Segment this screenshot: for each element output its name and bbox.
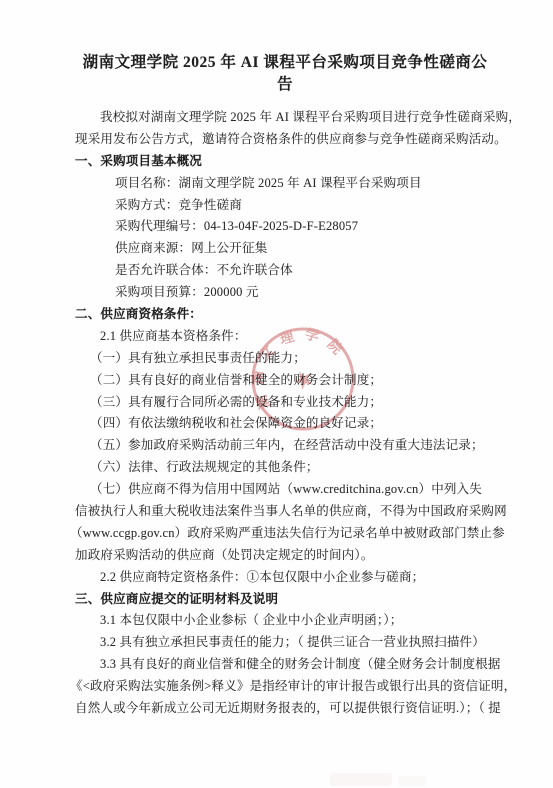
document-body: 湖南文理学院 2025 年 AI 课程平台采购项目竞争性磋商公告 我校拟对湖南文… — [75, 52, 495, 720]
doc-line: 3.3 具有良好的商业信誉和健全的财务会计制度（健全财务会计制度根据 — [75, 654, 495, 676]
doc-heading-line: 一、采购项目基本概况 — [75, 151, 495, 173]
document-page: 湖南文理学院 2025 年 AI 课程平台采购项目竞争性磋商公告 我校拟对湖南文… — [0, 0, 553, 788]
doc-line: （五）参加政府采购活动前三年内，在经营活动中没有重大违法记录； — [75, 435, 495, 457]
document-text: 我校拟对湖南文理学院 2025 年 AI 课程平台采购项目进行竞争性磋商采购，现… — [75, 107, 495, 720]
doc-line: 是否允许联合体：不允许联合体 — [75, 260, 495, 282]
doc-line: 加政府采购活动的供应商（处罚决定规定的时间内）。 — [75, 545, 495, 567]
doc-line: （六）法律、行政法规规定的其他条件； — [75, 457, 495, 479]
doc-line: （七）供应商不得为信用中国网站（www.creditchina.gov.cn）中… — [75, 479, 495, 501]
document-title: 湖南文理学院 2025 年 AI 课程平台采购项目竞争性磋商公告 — [75, 52, 495, 96]
doc-line: 我校拟对湖南文理学院 2025 年 AI 课程平台采购项目进行竞争性磋商采购， — [75, 107, 495, 129]
doc-line: （www.ccgp.gov.cn）政府采购严重违法失信行为记录名单中被财政部门禁… — [70, 523, 495, 545]
doc-line: 采购方式：竞争性磋商 — [75, 195, 495, 217]
scan-smudge — [330, 773, 392, 786]
doc-line: （三）具有履行合同所必需的设备和专业技术能力； — [75, 392, 495, 414]
doc-line: （二）具有良好的商业信誉和健全的财务会计制度； — [75, 370, 495, 392]
doc-line: 现采用发布公告方式，邀请符合资格条件的供应商参与竞争性磋商采购活动。 — [75, 129, 495, 151]
doc-line: 《<政府采购法实施条例>释义》是指经审计的审计报告或银行出具的资信证明， — [70, 676, 495, 698]
doc-line: 3.1 本包仅限中小企业参标（ 企业中小企业声明函；）； — [75, 610, 495, 632]
doc-line: （一）具有独立承担民事责任的能力； — [75, 348, 495, 370]
doc-line: 信被执行人和重大税收违法案件当事人名单的供应商，不得为中国政府采购网 — [75, 501, 495, 523]
doc-line: （四）有依法缴纳税收和社会保障资金的良好记录； — [75, 413, 495, 435]
doc-line: 2.1 供应商基本资格条件： — [75, 326, 495, 348]
doc-line: 采购项目预算：200000 元 — [75, 282, 495, 304]
doc-line: 2.2 供应商特定资格条件：①本包仅限中小企业参与磋商； — [75, 567, 495, 589]
scan-smudge — [398, 776, 426, 786]
doc-line: 采购代理编号：04-13-04F-2025-D-F-E28057 — [75, 216, 495, 238]
doc-heading-line: 二、供应商资格条件： — [75, 304, 495, 326]
doc-line: 项目名称：湖南文理学院 2025 年 AI 课程平台采购项目 — [75, 173, 495, 195]
doc-line: 供应商来源：网上公开征集 — [75, 238, 495, 260]
doc-heading-line: 三、供应商应提交的证明材料及说明 — [75, 589, 495, 611]
doc-line: 3.2 具有独立承担民事责任的能力；（ 提供三证合一营业执照扫描件） — [75, 632, 495, 654]
doc-line: 自然人或今年新成立公司无近期财务报表的，可以提供银行资信证明.）；（ 提 — [75, 698, 495, 720]
